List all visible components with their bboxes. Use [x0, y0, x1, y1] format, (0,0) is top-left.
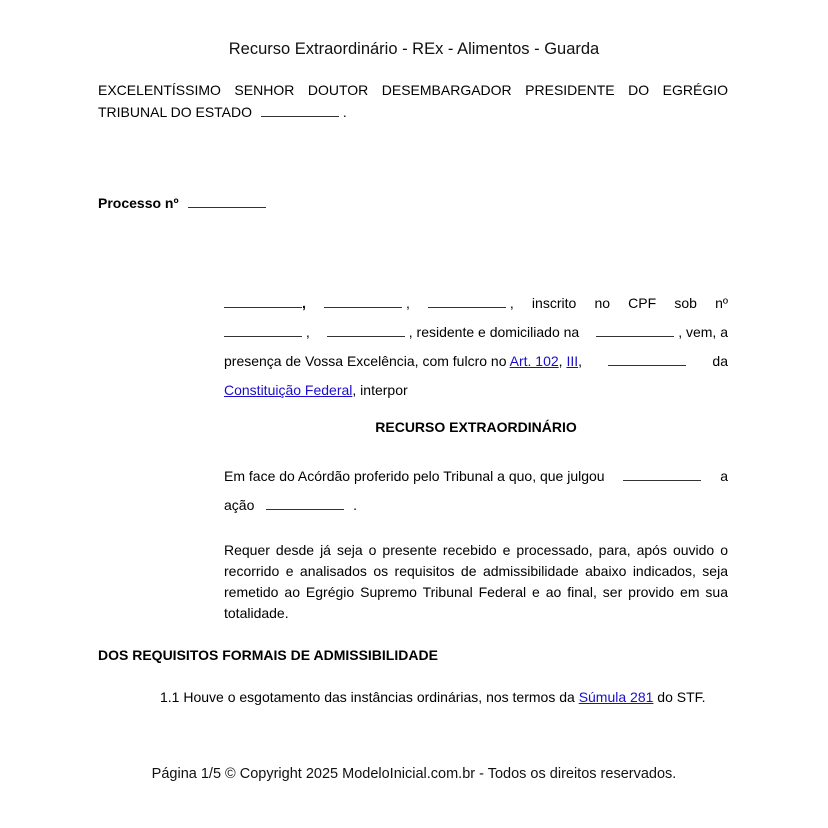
addressee-line-2: TRIBUNAL DO ESTADO . — [98, 101, 728, 123]
blank-field-state — [261, 104, 339, 117]
word: nº — [715, 289, 728, 318]
acordao-paragraph: Em face do Acórdão proferido pelo Tribun… — [224, 462, 728, 520]
document-header-title: Recurso Extraordinário - REx - Alimentos… — [0, 40, 828, 59]
period: . — [353, 497, 357, 513]
word: inscrito — [532, 289, 576, 318]
inciso-iii-link[interactable]: III — [566, 353, 578, 369]
interpor-text: , interpor — [352, 382, 407, 398]
word: SENHOR — [234, 79, 294, 101]
item-text: 1.1 Houve o esgotamento das instâncias o… — [160, 689, 575, 705]
addressee-line-1: EXCELENTÍSSIMO SENHOR DOUTOR DESEMBARGAD… — [98, 79, 728, 101]
acao-text: ação — [224, 497, 254, 513]
acordao-line-1: Em face do Acórdão proferido pelo Tribun… — [224, 462, 728, 491]
requer-paragraph: Requer desde já seja o presente recebido… — [224, 540, 728, 624]
addressee-state-label: TRIBUNAL DO ESTADO — [98, 104, 252, 120]
blank-group: , vem, a — [596, 318, 728, 347]
section-title-recurso: RECURSO EXTRAORDINÁRIO — [224, 419, 728, 435]
word: no — [594, 289, 610, 318]
blank-field-nationality — [324, 295, 402, 308]
blank-field-alinea — [608, 353, 686, 366]
word: DOUTOR — [308, 79, 368, 101]
blank-group: , — [324, 289, 410, 318]
residence-text: , residente e domiciliado na — [409, 324, 579, 340]
blank-field-process — [188, 195, 266, 208]
item-1-1: 1.1 Houve o esgotamento das instâncias o… — [160, 689, 706, 705]
blank-field-cpf — [224, 324, 302, 337]
intro-line-3: presença de Vossa Excelência, com fulcro… — [224, 347, 728, 376]
blank-group: , — [428, 289, 514, 318]
addressee-block: EXCELENTÍSSIMO SENHOR DOUTOR DESEMBARGAD… — [98, 79, 728, 123]
intro-line-4: Constituição Federal, interpor — [224, 376, 728, 405]
page-footer: Página 1/5 © Copyright 2025 ModeloInicia… — [0, 766, 828, 782]
item-suffix: do STF. — [657, 689, 705, 705]
blank-field-profession — [327, 324, 405, 337]
legal-basis-group: presença de Vossa Excelência, com fulcro… — [224, 347, 582, 376]
comma: , — [306, 324, 310, 340]
word: a — [720, 462, 728, 491]
blank-group: , — [224, 289, 306, 318]
acordao-text: Em face do Acórdão proferido pelo Tribun… — [224, 462, 605, 491]
acordao-line-2: ação . — [224, 491, 728, 520]
blank-field-civil-status — [428, 295, 506, 308]
blank-field-julgou — [623, 468, 701, 481]
word: PRESIDENTE — [525, 79, 614, 101]
constituicao-federal-link[interactable]: Constituição Federal — [224, 382, 352, 398]
vem-text: , vem, a — [678, 324, 728, 340]
period: . — [343, 104, 347, 120]
intro-line-2: , , residente e domiciliado na , vem, a — [224, 318, 728, 347]
blank-field-address — [596, 324, 674, 337]
word: CPF — [628, 289, 656, 318]
presenca-text: presença de Vossa Excelência, com fulcro… — [224, 353, 507, 369]
intro-line-1: , , , inscrito no CPF sob nº — [224, 289, 728, 318]
requisitos-heading: DOS REQUISITOS FORMAIS DE ADMISSIBILIDAD… — [98, 647, 438, 663]
word: EGRÉGIO — [663, 79, 728, 101]
process-number: Processo nº — [98, 195, 266, 211]
process-label: Processo nº — [98, 195, 179, 211]
blank-group: , — [224, 318, 310, 347]
word: EXCELENTÍSSIMO — [98, 79, 221, 101]
comma: , — [406, 295, 410, 311]
word: DESEMBARGADOR — [382, 79, 512, 101]
blank-group: , residente e domiciliado na — [327, 318, 579, 347]
comma: , — [302, 295, 306, 311]
intro-paragraph: , , , inscrito no CPF sob nº , , residen… — [224, 289, 728, 405]
blank-field-name — [224, 295, 302, 308]
word: sob — [674, 289, 697, 318]
word: DO — [628, 79, 649, 101]
sumula-281-link[interactable]: Súmula 281 — [579, 689, 654, 705]
word: da — [712, 347, 728, 376]
art-102-link[interactable]: Art. 102 — [510, 353, 559, 369]
comma: , — [510, 295, 514, 311]
blank-field-acao — [266, 497, 344, 510]
